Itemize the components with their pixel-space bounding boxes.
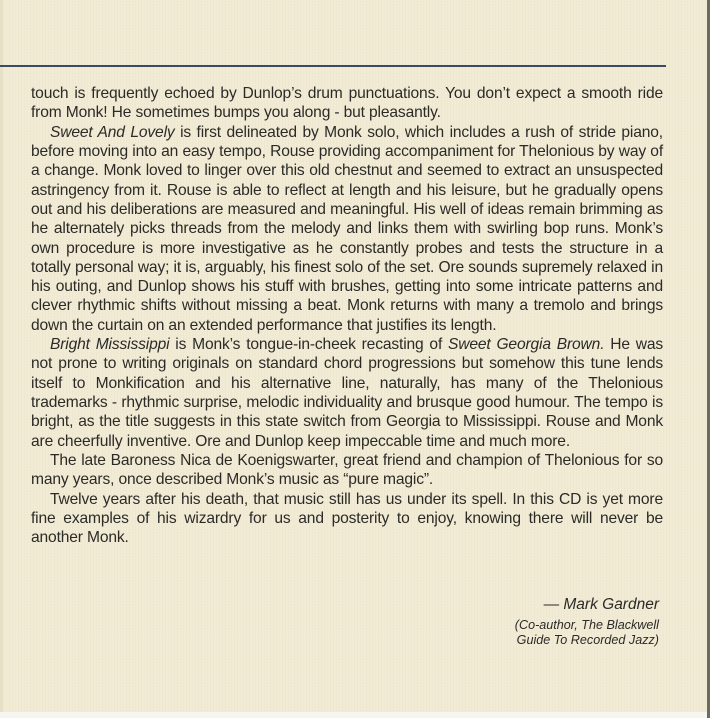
paragraph-text: He was not prone to writing originals on… bbox=[31, 336, 663, 450]
signature-credit-line-1: (Co-author, The Blackwell bbox=[515, 618, 659, 633]
signature-credit-line-2: Guide To Recorded Jazz) bbox=[515, 633, 659, 648]
paragraph-text: Twelve years after his death, that music… bbox=[31, 491, 663, 547]
paragraph: The late Baroness Nica de Koenigswarter,… bbox=[31, 451, 663, 490]
paragraph: Sweet And Lovely is first delineated by … bbox=[31, 123, 663, 335]
title-reference: Bright Mississippi bbox=[50, 336, 169, 353]
liner-notes-body: touch is frequently echoed by Dunlop’s d… bbox=[31, 84, 663, 548]
paragraph-text: is Monk’s tongue-in-cheek recasting of bbox=[169, 336, 448, 353]
paragraph-text: The late Baroness Nica de Koenigswarter,… bbox=[31, 452, 663, 488]
title-reference: Sweet And Lovely bbox=[50, 124, 175, 141]
signature-author: — Mark Gardner bbox=[515, 595, 659, 615]
title-reference: Sweet Georgia Brown. bbox=[448, 336, 604, 353]
paragraph: Twelve years after his death, that music… bbox=[31, 490, 663, 548]
signature-block: — Mark Gardner (Co-author, The Blackwell… bbox=[515, 595, 659, 648]
paragraph-text: touch is frequently echoed by Dunlop’s d… bbox=[31, 85, 663, 121]
page-left-edge bbox=[0, 0, 3, 712]
signature-credit: (Co-author, The Blackwell Guide To Recor… bbox=[515, 618, 659, 648]
page-bottom-edge bbox=[0, 712, 707, 718]
liner-notes-page: touch is frequently echoed by Dunlop’s d… bbox=[0, 0, 707, 712]
paragraph: touch is frequently echoed by Dunlop’s d… bbox=[31, 84, 663, 123]
paragraph: Bright Mississippi is Monk’s tongue-in-c… bbox=[31, 335, 663, 451]
paragraph-text: is first delineated by Monk solo, which … bbox=[31, 124, 663, 334]
header-rule bbox=[0, 65, 666, 67]
